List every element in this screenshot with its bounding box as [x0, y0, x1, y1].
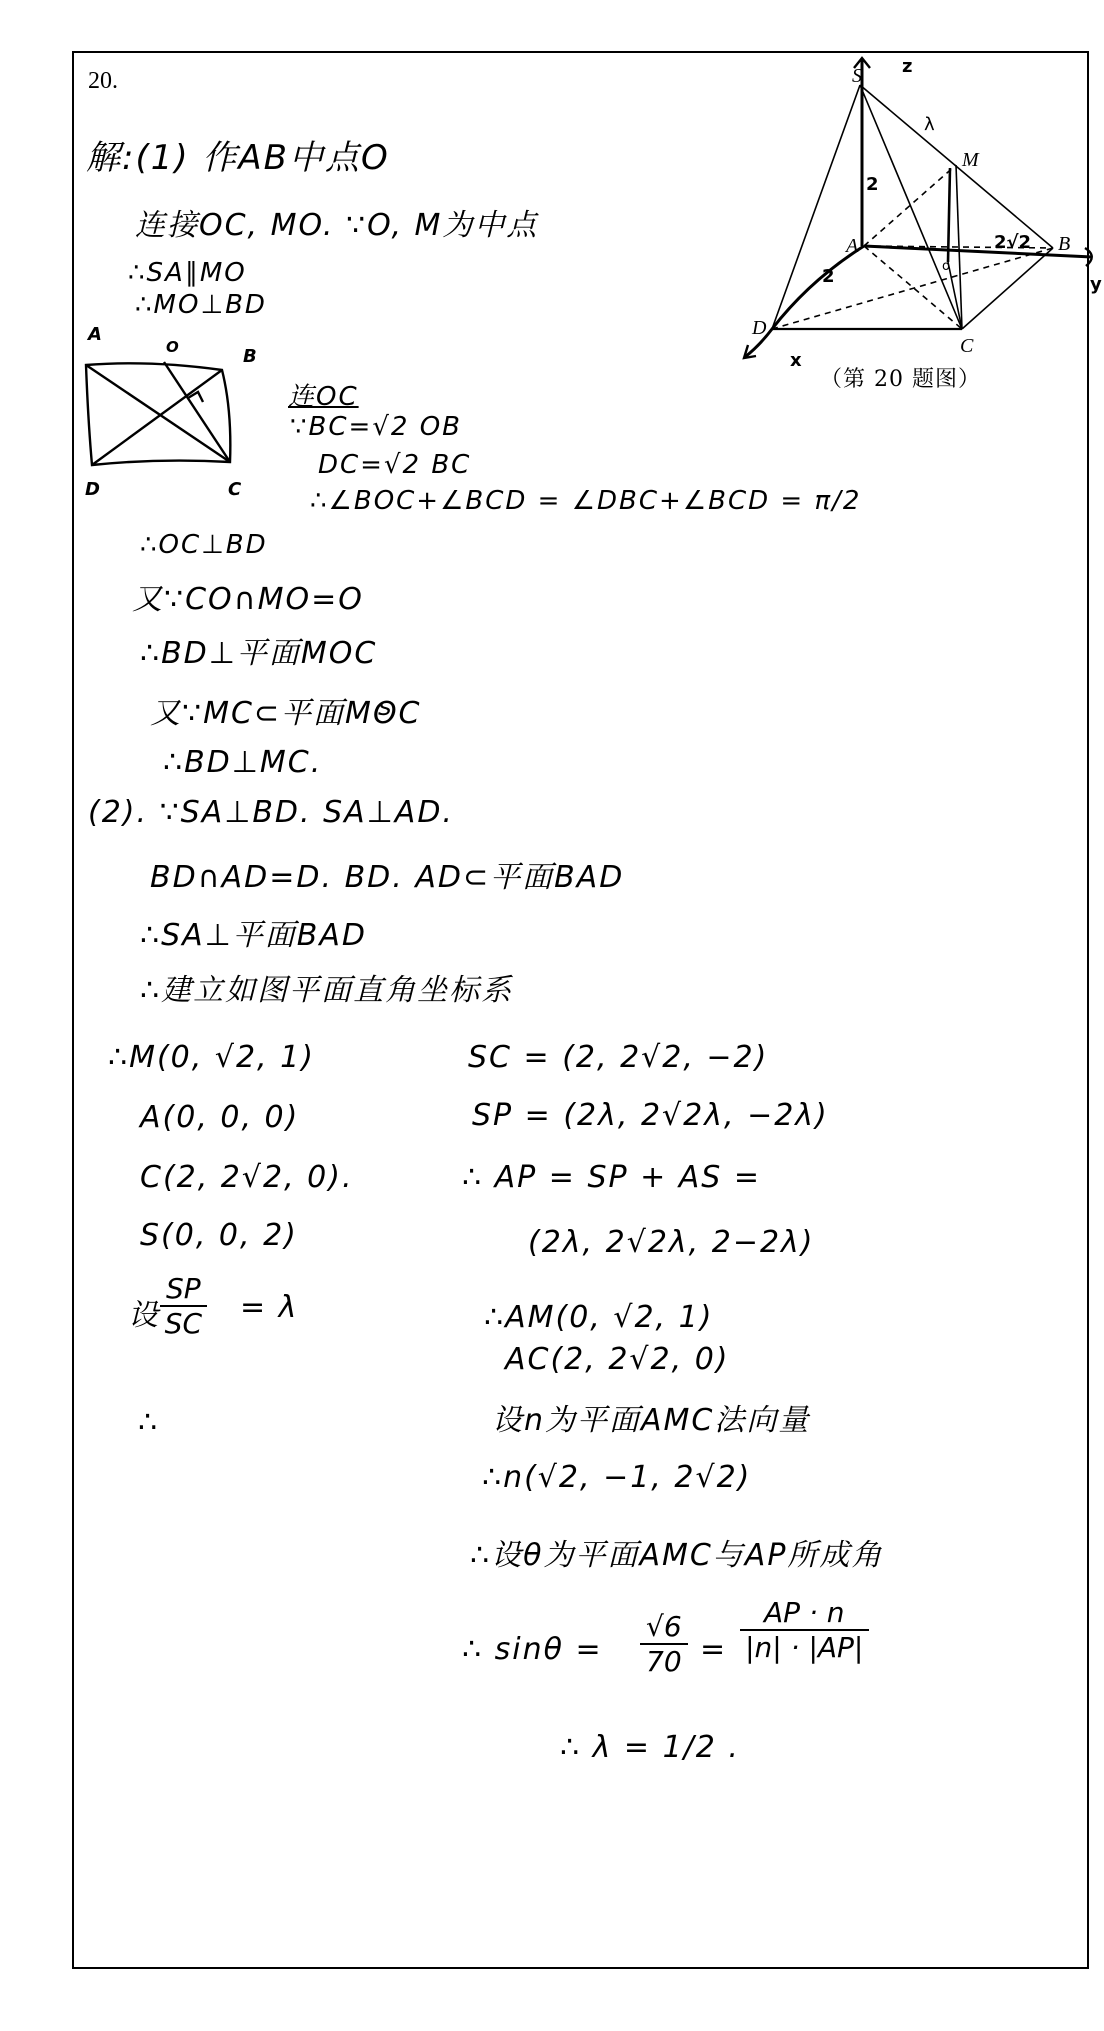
part1-line-4: ∴MO⊥BD: [135, 290, 267, 320]
sin-lhs: ∴ sinθ =: [462, 1632, 603, 1667]
coord-m: ∴M(0, √2, 1): [108, 1040, 315, 1075]
ratio-suffix: = λ: [240, 1290, 298, 1325]
angle-def: ∴设θ为平面AMC与AP所成角: [470, 1530, 883, 1574]
question-number: 20.: [88, 68, 118, 95]
sin-fraction-1: √6 70: [640, 1610, 688, 1678]
part2-line-3: ∴SA⊥平面BAD: [140, 910, 367, 954]
part1-line-5: 连OC: [288, 376, 359, 413]
point-label-m: M: [961, 149, 980, 171]
part1-line-6: ∵BC=√2 OB: [290, 412, 462, 442]
sketch-label-d: D: [85, 479, 100, 500]
part1-line-3: ∴SA∥MO: [128, 258, 247, 288]
coord-c: C(2, 2√2, 0).: [140, 1160, 354, 1195]
vector-ap-value: (2λ, 2√2λ, 2−2λ): [528, 1225, 815, 1260]
sketch-label-b: B: [243, 346, 257, 367]
ad-length-label: 2: [822, 266, 835, 287]
final-result: ∴ λ = 1/2 .: [560, 1730, 740, 1765]
vector-ap-equation: ∴ AP = SP + AS =: [462, 1160, 761, 1195]
sketch-label-o: O: [166, 338, 179, 356]
part1-line-13: ∴BD⊥MC.: [163, 745, 322, 780]
vector-ac: AC(2, 2√2, 0): [505, 1342, 730, 1377]
sketch-label-c: C: [228, 479, 242, 500]
part1-line-11: ∴BD⊥平面MOC: [140, 628, 377, 672]
point-label-s: S: [852, 65, 862, 87]
part2-line-2: BD∩AD=D. BD. AD⊂平面BAD: [150, 852, 624, 896]
ratio-numerator: SP: [160, 1272, 207, 1307]
ratio-fraction: SP SC: [160, 1272, 207, 1340]
sin-frac2-num: AP · n: [740, 1596, 869, 1631]
o-point-label: o: [942, 259, 950, 274]
z-axis-label: z: [902, 56, 912, 77]
ab-length-label: 2√2: [994, 232, 1031, 253]
point-label-a: A: [844, 235, 859, 257]
point-label-d: D: [751, 317, 767, 339]
sin-frac1-num: √6: [640, 1610, 688, 1645]
sketch-label-a: A: [86, 324, 102, 345]
part1-line-2: 连接OC, MO. ∵O, M为中点: [135, 200, 538, 244]
sm-lambda-label: λ: [924, 114, 935, 135]
ratio-denominator: SC: [165, 1307, 202, 1340]
sin-frac1-den: 70: [646, 1645, 682, 1678]
part1-line-10: 又∵CO∩MO=O: [132, 574, 364, 618]
part1-stray-mark: s: [378, 692, 394, 722]
vector-sp: SP = (2λ, 2√2λ, −2λ): [472, 1098, 829, 1133]
point-label-c: C: [960, 335, 974, 357]
ratio-prefix: 设: [128, 1290, 160, 1334]
part1-line-1: 解:(1) 作AB中点O: [86, 130, 390, 179]
pyramid-figure: S M A B C D z x y 2 2√2 2 λ o: [730, 50, 1104, 390]
vector-am: ∴AM(0, √2, 1): [484, 1300, 713, 1335]
y-axis-label: y: [1090, 274, 1102, 295]
part1-line-7: DC=√2 BC: [318, 450, 471, 480]
coord-a: A(0, 0, 0): [140, 1100, 299, 1135]
normal-vector-value: ∴n(√2, −1, 2√2): [482, 1460, 751, 1495]
sin-eq: =: [700, 1632, 727, 1667]
point-label-b: B: [1058, 233, 1070, 255]
part1-line-8: ∴∠BOC+∠BCD = ∠DBC+∠BCD = π/2: [310, 486, 861, 516]
figure-caption: （第 20 题图）: [820, 362, 981, 393]
part2-line-1: (2). ∵SA⊥BD. SA⊥AD.: [88, 795, 454, 830]
sin-frac2-den: |n| · |AP|: [745, 1631, 863, 1664]
sa-length-label: 2: [866, 174, 879, 195]
square-sketch: A O B D C: [70, 320, 270, 510]
part1-line-9: ∴OC⊥BD: [140, 530, 268, 560]
therefore-mark: ∴: [138, 1405, 159, 1440]
part2-line-4: ∴建立如图平面直角坐标系: [140, 965, 513, 1009]
coord-s: S(0, 0, 2): [140, 1218, 298, 1253]
sin-fraction-2: AP · n |n| · |AP|: [740, 1596, 869, 1664]
x-axis-label: x: [790, 350, 802, 371]
normal-vector-def: 设n为平面AMC法向量: [492, 1395, 810, 1439]
vector-sc: SC = (2, 2√2, −2): [468, 1040, 768, 1075]
